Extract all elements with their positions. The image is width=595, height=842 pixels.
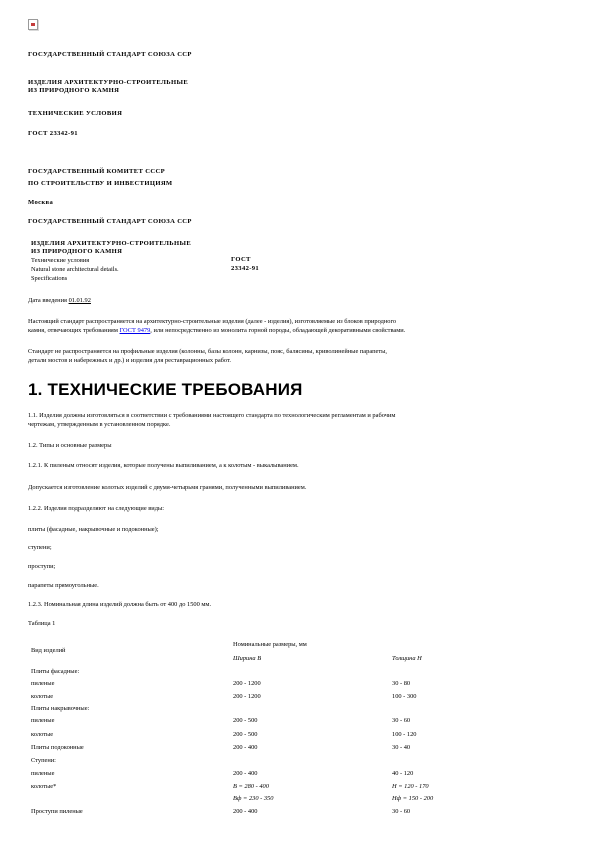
table-header-width: Ширина В xyxy=(233,655,261,664)
gost-9479-link[interactable]: ГОСТ 9479 xyxy=(120,327,151,334)
clause-1-1-line1: 1.1. Изделия должны изготовляться в соот… xyxy=(28,412,573,421)
cell: Плиты подоконные xyxy=(31,744,84,752)
intro-paragraph-2-line2: детали мостов и набережных и др.) и изде… xyxy=(28,357,573,366)
title-block-line5: Specifications xyxy=(31,275,67,284)
intro-paragraph-1-line2: камня, отвечающих требованиям ГОСТ 9479,… xyxy=(28,327,573,336)
cell: 200 - 400 xyxy=(233,808,258,816)
cell: колотые* xyxy=(31,783,56,791)
cell: B = 280 - 400 xyxy=(233,783,269,791)
table-header-thickness: Толщина Н xyxy=(392,655,422,664)
clause-1-1-line2: чертежам, утвержденным в установленном п… xyxy=(28,421,573,430)
table-header-type: Вид изделий xyxy=(31,647,65,656)
cell: Проступи пиленые xyxy=(31,808,83,816)
cell: 100 - 300 xyxy=(392,693,417,701)
title-block-line3: Технические условия xyxy=(31,257,89,266)
text: , или непосредственно из монолита горной… xyxy=(150,327,405,334)
cell: H = 120 - 170 xyxy=(392,783,429,791)
cell: 200 - 500 xyxy=(233,717,258,725)
table-row: Bф = 230 - 350Hф = 150 - 200 xyxy=(28,795,568,803)
list-item: парапеты прямоугольные. xyxy=(28,582,99,591)
standard-org: ГОСУДАРСТВЕННЫЙ СТАНДАРТ СОЮЗА ССР xyxy=(28,51,192,60)
date-label: Дата введения xyxy=(28,297,69,304)
text: Толщина Н xyxy=(392,655,422,662)
cell: колотые xyxy=(31,731,53,739)
table-row: колотые200 - 500100 - 120 xyxy=(28,731,568,739)
gost-code: ГОСТ 23342-91 xyxy=(28,130,78,139)
section-heading: 1. ТЕХНИЧЕСКИЕ ТРЕБОВАНИЯ xyxy=(28,380,303,400)
intro-paragraph-1-line1: Настоящий стандарт распространяется на а… xyxy=(28,318,573,327)
table-caption: Таблица 1 xyxy=(28,620,55,629)
intro-paragraph-1: Настоящий стандарт распространяется на а… xyxy=(28,318,573,336)
committee-line1: ГОСУДАРСТВЕННЫЙ КОМИТЕТ СССР xyxy=(28,168,165,177)
intro-paragraph-2: Стандарт не распространяется на профильн… xyxy=(28,348,573,366)
cell: 200 - 1200 xyxy=(233,693,261,701)
table-header-group: Номинальные размеры, мм xyxy=(233,641,307,650)
cell: Ступени: xyxy=(31,757,56,765)
cell: 30 - 40 xyxy=(392,744,410,752)
cell: 30 - 60 xyxy=(392,808,410,816)
text: Ширина В xyxy=(233,655,261,662)
table-row: Ступени: xyxy=(28,757,568,765)
table-row: пиленые200 - 40040 - 120 xyxy=(28,770,568,778)
table-row: пиленые200 - 120030 - 80 xyxy=(28,680,568,688)
intro-paragraph-2-line1: Стандарт не распространяется на профильн… xyxy=(28,348,573,357)
table-row: колотые200 - 1200100 - 300 xyxy=(28,693,568,701)
cell: 30 - 60 xyxy=(392,717,410,725)
cell: Bф = 230 - 350 xyxy=(233,795,273,803)
committee-line2: ПО СТРОИТЕЛЬСТВУ И ИНВЕСТИЦИЯМ xyxy=(28,180,173,189)
cell: Плиты фасадные: xyxy=(31,668,79,676)
clause-1-2-1b: Допускается изготовление колотых изделий… xyxy=(28,484,306,493)
table-row: Плиты фасадные: xyxy=(28,668,568,676)
clause-1-2-2: 1.2.2. Изделия подразделяют на следующие… xyxy=(28,505,164,514)
list-item: ступени; xyxy=(28,544,52,553)
clause-1-2-3: 1.2.3. Номинальная длина изделий должна … xyxy=(28,601,211,610)
text: камня, отвечающих требованиям xyxy=(28,327,120,334)
cell: Плиты накрывочные: xyxy=(31,705,89,713)
cell: пиленые xyxy=(31,680,54,688)
gost-number: 23342-91 xyxy=(231,265,259,274)
title-block-line2: ИЗ ПРИРОДНОГО КАМНЯ xyxy=(31,248,122,257)
cell: Hф = 150 - 200 xyxy=(392,795,433,803)
broken-image-icon xyxy=(28,19,38,30)
doc-title-line2: ИЗ ПРИРОДНОГО КАМНЯ xyxy=(28,87,119,96)
gost-label: ГОСТ xyxy=(231,256,251,265)
table-row: Проступи пиленые200 - 40030 - 60 xyxy=(28,808,568,816)
date-value: 01.01.92 xyxy=(69,297,91,304)
list-item: плиты (фасадные, накрывочные и подоконны… xyxy=(28,526,159,535)
list-item: проступи; xyxy=(28,563,55,572)
cell: 200 - 1200 xyxy=(233,680,261,688)
clause-1-2: 1.2. Типы и основные размеры xyxy=(28,442,111,451)
table-row: колотые*B = 280 - 400H = 120 - 170 xyxy=(28,783,568,791)
cell: 100 - 120 xyxy=(392,731,417,739)
cell: 40 - 120 xyxy=(392,770,413,778)
doc-subtitle: ТЕХНИЧЕСКИЕ УСЛОВИЯ xyxy=(28,110,122,119)
cell: пиленые xyxy=(31,770,54,778)
standard-org-2: ГОСУДАРСТВЕННЫЙ СТАНДАРТ СОЮЗА ССР xyxy=(28,218,192,227)
clause-1-1: 1.1. Изделия должны изготовляться в соот… xyxy=(28,412,573,430)
cell: 30 - 80 xyxy=(392,680,410,688)
cell: 200 - 400 xyxy=(233,744,258,752)
cell: 200 - 500 xyxy=(233,731,258,739)
city: Москва xyxy=(28,199,53,208)
cell: колотые xyxy=(31,693,53,701)
clause-1-2-1: 1.2.1. К пиленым относят изделия, которы… xyxy=(28,462,299,471)
cell: 200 - 400 xyxy=(233,770,258,778)
table-row: Плиты накрывочные: xyxy=(28,705,568,713)
cell: пиленые xyxy=(31,717,54,725)
title-block-line4: Natural stone architectural details. xyxy=(31,266,119,275)
introduction-date: Дата введения 01.01.92 xyxy=(28,297,91,306)
table-row: пиленые200 - 50030 - 60 xyxy=(28,717,568,725)
table-row: Плиты подоконные200 - 40030 - 40 xyxy=(28,744,568,752)
